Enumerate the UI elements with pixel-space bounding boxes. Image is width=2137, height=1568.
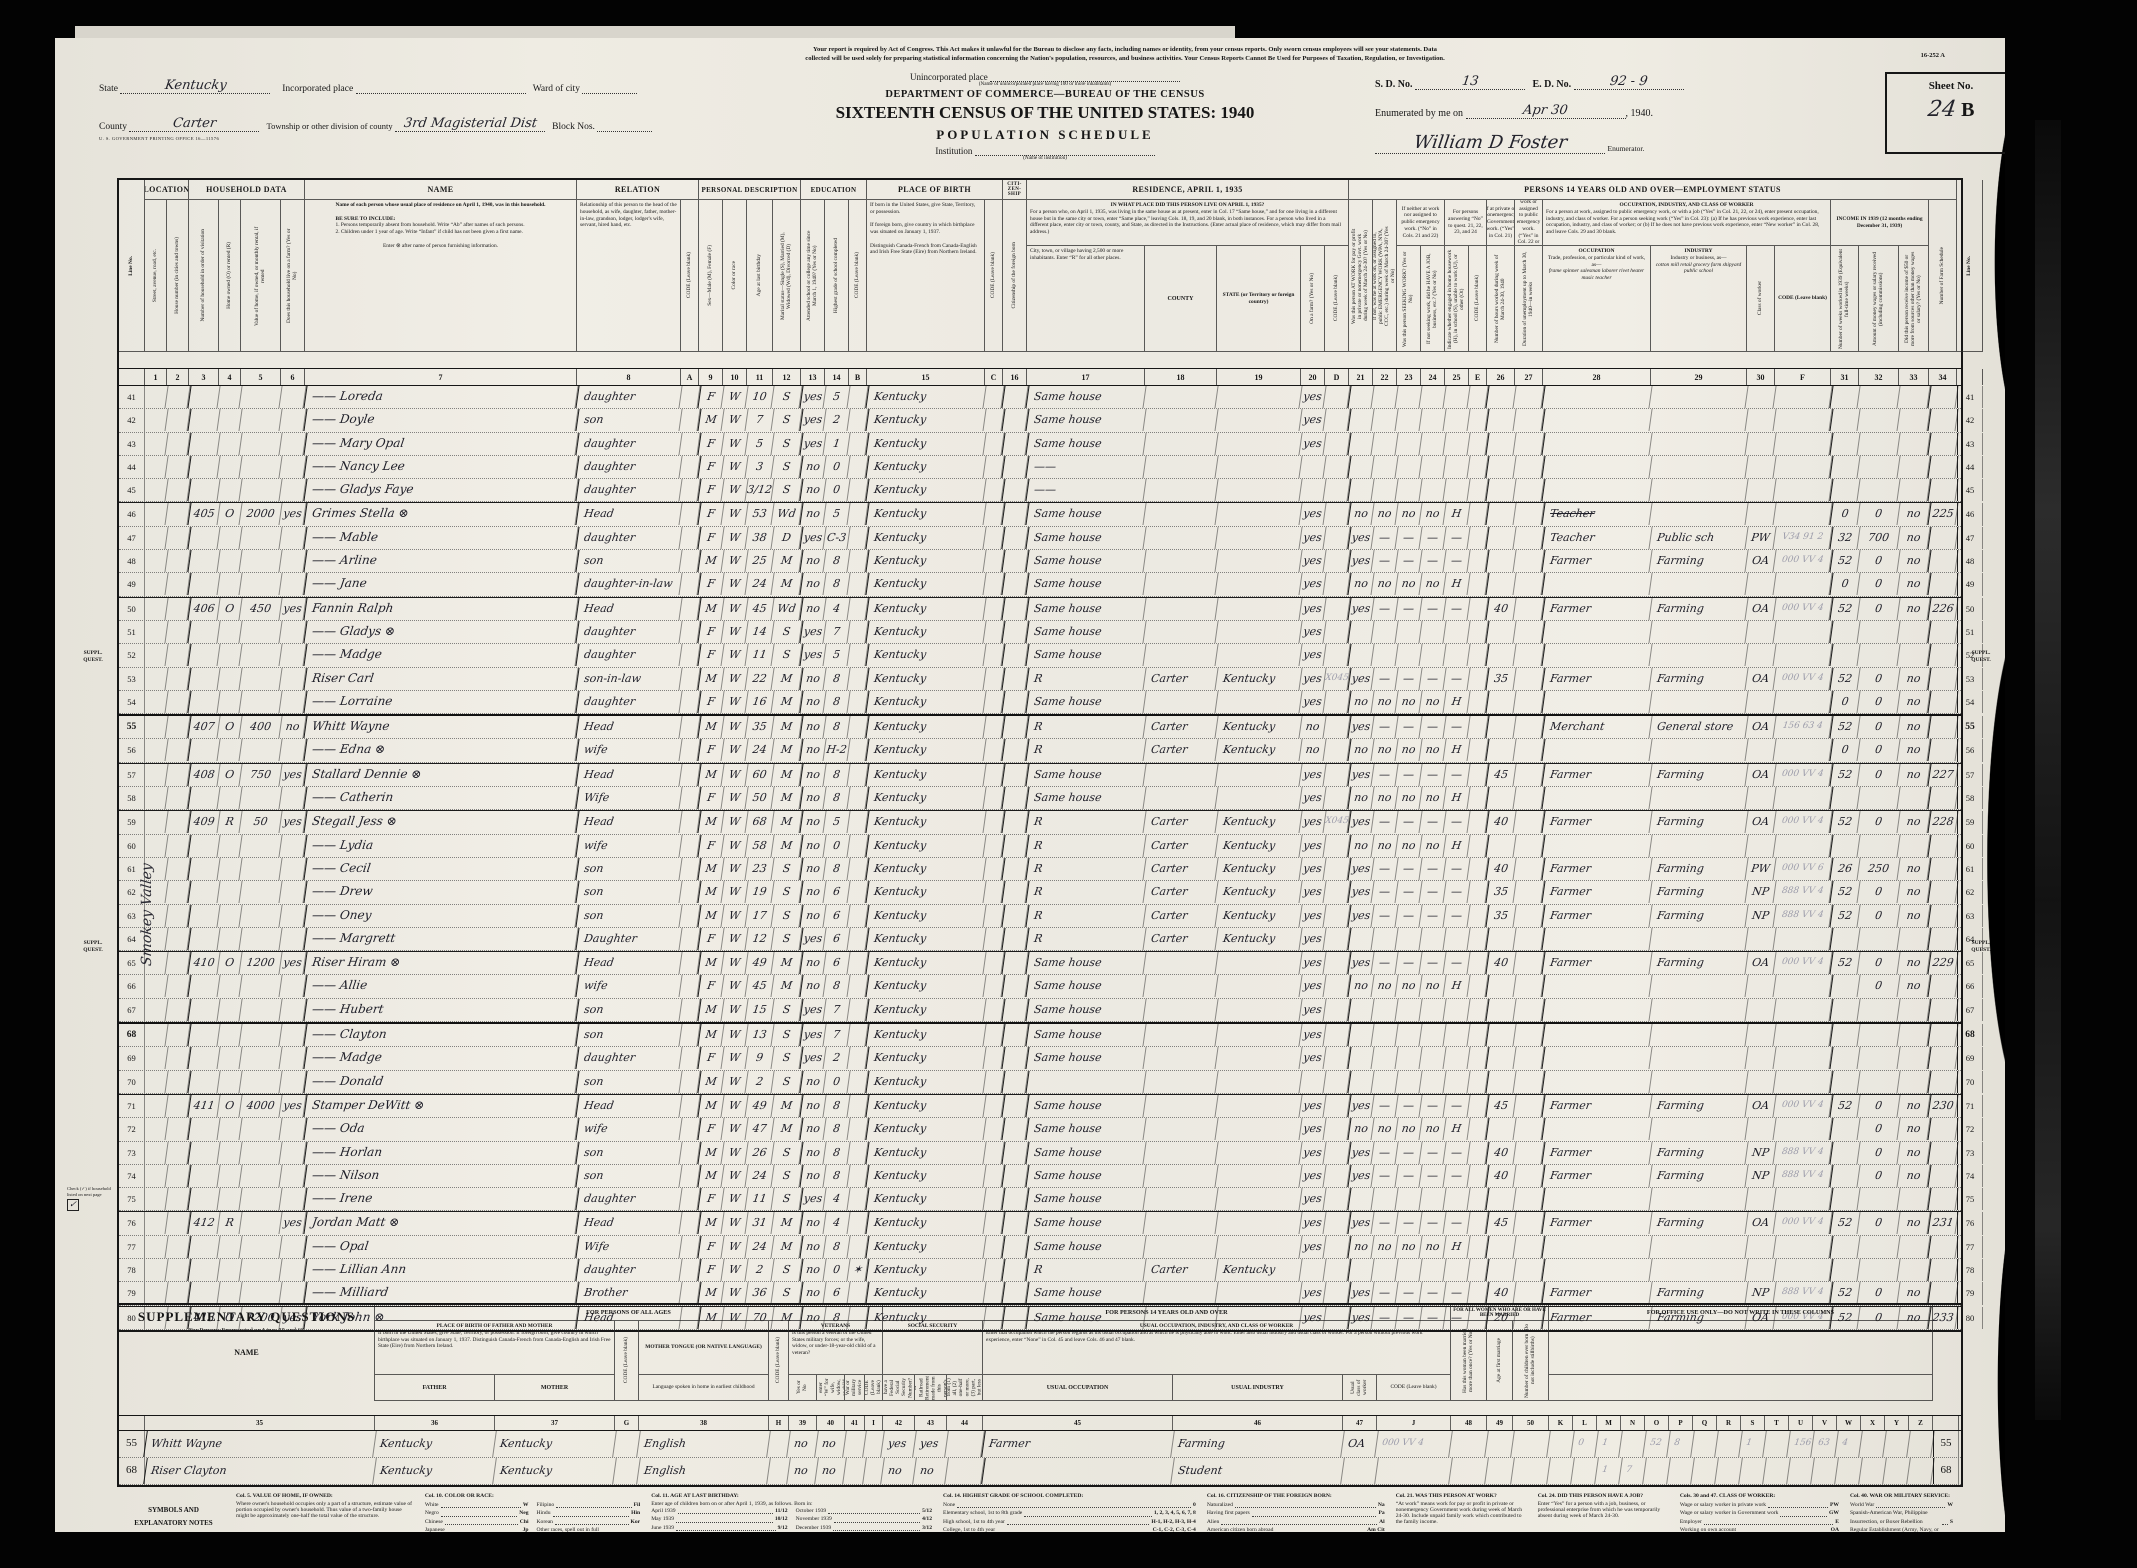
cell-cD (1323, 456, 1350, 478)
cell-e23 (1395, 644, 1422, 666)
cell-e25: — (1443, 1212, 1470, 1234)
cell-rel: wife (575, 975, 682, 997)
cell-val (239, 527, 282, 549)
cell-wks: 0 (1829, 573, 1860, 595)
supp-codeJ-header: CODE (Leave blank) (1387, 1382, 1439, 1393)
cell-sch: no (799, 881, 826, 903)
cell-ln: 77 (119, 1236, 145, 1258)
cell-e22 (1371, 1188, 1398, 1210)
cell-name: Whitt Wayne (303, 716, 578, 738)
cell-e22: — (1371, 716, 1398, 738)
group-education: EDUCATION (801, 180, 867, 200)
note-col3047: Cols. 30 and 47. CLASS OF WORKER: Wage o… (1675, 1490, 1845, 1532)
cell-wg (1857, 386, 1900, 408)
column-number: 22 (1373, 369, 1397, 385)
cell-st (1215, 573, 1302, 595)
cell-e22 (1371, 621, 1398, 643)
cell-ln: 79 (119, 1282, 145, 1304)
column-number: 1 (145, 369, 167, 385)
cell-name: —— Margrett (303, 928, 578, 950)
cell-hrs: 45 (1485, 1095, 1516, 1117)
note-item: Having first papersPa (1207, 1509, 1385, 1517)
cell-sex: M (697, 598, 724, 620)
cell-sex: F (697, 386, 724, 408)
title-block: Unincorporated place (Name of unincorpor… (745, 72, 1345, 161)
cell-c16 (1001, 1282, 1028, 1304)
cell-v (187, 433, 220, 455)
cell-sex: M (697, 1142, 724, 1164)
cell-r35: Same house (1025, 573, 1146, 595)
cell-ind (1649, 1236, 1748, 1258)
cell-name: —— Madge (303, 1047, 578, 1069)
cell-race: W (721, 1047, 748, 1069)
cell-o16 (1907, 1458, 1935, 1484)
cell-e24: — (1419, 1165, 1446, 1187)
cell-o (217, 999, 242, 1021)
cell-sch: no (799, 1142, 826, 1164)
cell-sex: F (697, 739, 724, 761)
cell-cls: NP (1745, 1142, 1776, 1164)
column-number: 14 (825, 369, 849, 385)
cell-e21 (1347, 479, 1374, 501)
cell-sex: M (697, 1282, 724, 1304)
cell-v (187, 1024, 220, 1046)
cell-hrs (1485, 1118, 1516, 1140)
cell-gr: 8 (823, 668, 850, 690)
cell-st (1215, 550, 1302, 572)
cell-hrs (1485, 999, 1516, 1021)
cell-ln2: 41 (1957, 386, 1983, 408)
cell-f6 (279, 1118, 306, 1140)
cell-e24: — (1419, 1142, 1446, 1164)
cell-occ: Farmer (1541, 598, 1652, 620)
cell-e24 (1419, 433, 1446, 455)
cell-age: 7 (745, 409, 774, 431)
cell-cls (1745, 456, 1776, 478)
cell-e21 (1347, 999, 1374, 1021)
supp-title-box: SUPPLEMENTARY QUESTIONS For Persons Enum… (119, 1305, 375, 1401)
cell-occ: Farmer (1541, 1212, 1652, 1234)
column-number: Y (1885, 1416, 1909, 1430)
cell-f35: yes (1299, 1282, 1326, 1304)
cell-oi (1897, 479, 1930, 501)
cell-mar: M (771, 573, 802, 595)
unincorporated-note: (Name of unincorporated place having 100… (745, 81, 1345, 87)
cell-mar: S (771, 928, 802, 950)
cell-val (239, 573, 282, 595)
symbols-box: SYMBOLS AND EXPLANATORY NOTES (117, 1490, 231, 1532)
cell-f6 (279, 787, 306, 809)
cell-e25: — (1443, 858, 1470, 880)
cell-cty (1143, 386, 1218, 408)
cell-wks: 0 (1829, 739, 1860, 761)
cell-ln2: 78 (1957, 1259, 1983, 1281)
col34-header: Number of Farm Schedule (1939, 245, 1945, 306)
cell-sch: no (799, 503, 826, 525)
cell-cD (1323, 527, 1350, 549)
cell-val (239, 691, 282, 713)
cell-rel: daughter (575, 527, 682, 549)
cell-e24: no (1419, 691, 1446, 713)
cell-cD (1323, 858, 1350, 880)
column-number: 21 (1349, 369, 1373, 385)
cell-c16 (1001, 668, 1028, 690)
cell-wks (1829, 1188, 1860, 1210)
cell-e22: no (1371, 1236, 1398, 1258)
cell-wg (1857, 1047, 1900, 1069)
cell-e21: yes (1347, 1142, 1374, 1164)
col24-header: If not seeking work, did he HAVE A JOB, … (1426, 247, 1438, 351)
cell-age: 3 (745, 456, 774, 478)
cell-oi (1897, 456, 1930, 478)
cell-e24 (1419, 386, 1446, 408)
cell-w49 (1485, 1458, 1515, 1484)
cell-v: 408 (187, 764, 220, 786)
cell-cls (1745, 739, 1776, 761)
cell-rel: daughter (575, 691, 682, 713)
cell-e25 (1443, 1047, 1470, 1069)
cell-c16 (1001, 764, 1028, 786)
cell-st (1215, 527, 1302, 549)
cell-wg: 0 (1857, 668, 1900, 690)
cell-race: W (721, 1212, 748, 1234)
census-sheet: Your report is required by Act of Congre… (55, 38, 2005, 1532)
cell-cD (1323, 928, 1350, 950)
cell-fs (1927, 1047, 1958, 1069)
cell-e23: — (1395, 1165, 1422, 1187)
cell-e23: — (1395, 1282, 1422, 1304)
cell-wks (1829, 1165, 1860, 1187)
column-number: G (615, 1416, 639, 1430)
cell-gr: 0 (823, 456, 850, 478)
explanatory-notes: SYMBOLS AND EXPLANATORY NOTES Col. 5. VA… (117, 1490, 1959, 1532)
cell-oi: no (1897, 716, 1930, 738)
cell-ind (1649, 621, 1748, 643)
cell-name: —— Allie (303, 975, 578, 997)
cell-v (187, 409, 220, 431)
cell-c16 (1001, 691, 1028, 713)
cell-ln2: 75 (1957, 1188, 1983, 1210)
cell-sch: no (799, 858, 826, 880)
cell-f6 (279, 1165, 306, 1187)
cell-ln2: 56 (1957, 739, 1983, 761)
cell-mar: M (771, 668, 802, 690)
note-item: Wage or salary worker in Government work… (1680, 1509, 1839, 1517)
cell-cf: 888 VV 4 (1773, 1282, 1832, 1304)
cell-cf: 888 VV 4 (1773, 1165, 1832, 1187)
cell-f6 (279, 1188, 306, 1210)
cell-e21: yes (1347, 598, 1374, 620)
cell-cD (1323, 999, 1350, 1021)
cell-age: 14 (745, 621, 774, 643)
cell-cty (1143, 975, 1218, 997)
cell-sex: F (697, 835, 724, 857)
cell-wg: 0 (1857, 905, 1900, 927)
cell-v (187, 975, 220, 997)
cell-e21: yes (1347, 550, 1374, 572)
cell-o (217, 1236, 242, 1258)
cell-r35: Same house (1025, 1282, 1146, 1304)
cell-s43: yes (913, 1431, 949, 1457)
cell-cls: NP (1745, 905, 1776, 927)
check-box: ✓ (67, 1199, 79, 1211)
cell-e24 (1419, 644, 1446, 666)
cell-name: —— Nilson (303, 1165, 578, 1187)
cell-fs: 225 (1927, 503, 1958, 525)
cell-e25: — (1443, 550, 1470, 572)
cell-name: Grimes Stella ⊗ (303, 503, 578, 525)
cell-ln: 73 (119, 1142, 145, 1164)
cell-e23: — (1395, 881, 1422, 903)
cell-name: —— Opal (303, 1236, 578, 1258)
income-header: INCOME IN 1939 (12 months ending Decembe… (1831, 214, 1928, 232)
cell-hrs: 40 (1485, 598, 1516, 620)
cell-pob: Kentucky (865, 386, 986, 408)
cell-age: 16 (745, 691, 774, 713)
cell-ind (1649, 691, 1748, 713)
column-number: 32 (1859, 369, 1899, 385)
cell-gr: 6 (823, 928, 850, 950)
cell-dur (1513, 787, 1544, 809)
cell-cD (1323, 881, 1350, 903)
cell-r35: Same house (1025, 503, 1146, 525)
cell-e23 (1395, 928, 1422, 950)
cell-gr: 8 (823, 1118, 850, 1140)
cell-cf (1773, 503, 1832, 525)
cell-val (239, 1142, 282, 1164)
cell-dur (1513, 999, 1544, 1021)
cell-sch: no (799, 598, 826, 620)
cell-occ (1541, 1188, 1652, 1210)
cell-cty (1143, 999, 1218, 1021)
cell-w50 (1511, 1458, 1551, 1484)
cell-cD (1323, 1024, 1350, 1046)
cell-w49 (1485, 1431, 1515, 1457)
cell-e22: — (1371, 811, 1398, 833)
cell-cD (1323, 479, 1350, 501)
cell-occ (1541, 409, 1652, 431)
cell-sex: M (697, 668, 724, 690)
table-row: 76412RyesJordan Matt ⊗HeadMW31Mno4Kentuc… (119, 1211, 1961, 1235)
cell-e25 (1443, 1071, 1470, 1093)
cell-e24: no (1419, 1118, 1446, 1140)
cell-mar: Wd (771, 503, 802, 525)
cell-cD (1323, 952, 1350, 974)
cell-ln2: 54 (1957, 691, 1983, 713)
cell-f35: yes (1299, 1236, 1326, 1258)
cell-wg (1857, 433, 1900, 455)
supp-name-label: NAME (119, 1348, 374, 1357)
cell-e21: yes (1347, 764, 1374, 786)
header-fields-left: State Kentucky Incorporated place Ward o… (99, 78, 759, 154)
cell-sex: F (697, 1259, 724, 1281)
cell-wg: 250 (1857, 858, 1900, 880)
cell-ind: Student (1171, 1458, 1345, 1484)
cell-sch: yes (799, 1024, 826, 1046)
cell-pob: Kentucky (865, 811, 986, 833)
cell-c16 (1001, 1165, 1028, 1187)
cell-pob: Kentucky (865, 999, 986, 1021)
cell-c2 (165, 764, 190, 786)
cell-race: W (721, 1165, 748, 1187)
cell-e25 (1443, 479, 1470, 501)
cell-sch: no (799, 905, 826, 927)
cell-wks: 26 (1829, 858, 1860, 880)
cell-e21 (1347, 386, 1374, 408)
cell-wks (1829, 456, 1860, 478)
column-number: W (1837, 1416, 1861, 1430)
note-item: WhiteW (425, 1501, 529, 1509)
cell-pob: Kentucky (865, 1047, 986, 1069)
cell-cf (1773, 573, 1832, 595)
cell-age: 2 (745, 1071, 774, 1093)
cell-f6 (279, 644, 306, 666)
cell-ind: Farming (1649, 1212, 1748, 1234)
cell-v: 409 (187, 811, 220, 833)
cell-c16 (1001, 479, 1028, 501)
table-row: 72—— OdawifeFW47Mno8KentuckySame houseye… (119, 1118, 1961, 1141)
cell-ln: 43 (119, 433, 145, 455)
col6-header: Does this household live on a farm? (Yes… (286, 224, 298, 328)
cell-rel: wife (575, 1118, 682, 1140)
cell-e24 (1419, 1188, 1446, 1210)
cell-cf (1773, 1024, 1832, 1046)
cell-gr: 5 (823, 503, 850, 525)
cell-fs (1927, 858, 1958, 880)
column-number: 40 (817, 1416, 845, 1430)
cell-hrs: 35 (1485, 668, 1516, 690)
cell-sch: no (799, 764, 826, 786)
cell-hrs: 40 (1485, 811, 1516, 833)
cell-age: 22 (745, 668, 774, 690)
cell-wks (1829, 975, 1860, 997)
cell-cf: 888 VV 4 (1773, 905, 1832, 927)
cell-wks: 0 (1829, 503, 1860, 525)
cell-e24 (1419, 409, 1446, 431)
note-col24: Col. 24. DID THIS PERSON HAVE A JOB? Ent… (1533, 1490, 1675, 1532)
cell-wks: 0 (1829, 691, 1860, 713)
cell-race: W (721, 716, 748, 738)
cell-c1 (143, 1165, 168, 1187)
cell-name: —— Gladys ⊗ (303, 621, 578, 643)
cell-ind (1649, 1024, 1748, 1046)
cell-sch: no (799, 1118, 826, 1140)
enumerated-label: Enumerated by me on (1375, 108, 1463, 119)
cell-name: —— Lydia (303, 835, 578, 857)
cell-mar: M (771, 691, 802, 713)
cell-gr: 8 (823, 550, 850, 572)
cell-age: 25 (745, 550, 774, 572)
note-item: KoreanKor (537, 1518, 641, 1526)
cell-c16 (1001, 409, 1028, 431)
cell-ind (1649, 928, 1748, 950)
column-number (119, 1416, 145, 1430)
col10-header: Color or race (731, 259, 737, 291)
cell-ln2: 51 (1957, 621, 1983, 643)
cell-cty (1143, 1118, 1218, 1140)
cell-occ: Farmer (1541, 1282, 1652, 1304)
cell-fs: 229 (1927, 952, 1958, 974)
cell-r35: Same house (1025, 598, 1146, 620)
cell-cf (1773, 456, 1832, 478)
cell-gr: 0 (823, 835, 850, 857)
state-row: State Kentucky Incorporated place Ward o… (99, 78, 759, 94)
cell-e23 (1395, 386, 1422, 408)
cell-v (187, 1071, 220, 1093)
cell-rel: daughter (575, 456, 682, 478)
cell-f6 (279, 621, 306, 643)
cell-val: 450 (239, 598, 282, 620)
cell-wg: 0 (1857, 691, 1900, 713)
cell-mar: M (771, 550, 802, 572)
cell-wg (1857, 1236, 1900, 1258)
cell-v (187, 1236, 220, 1258)
cell-hrs (1485, 739, 1516, 761)
cell-f6 (279, 1259, 306, 1281)
cell-st (1215, 644, 1302, 666)
cell-gr: 8 (823, 716, 850, 738)
cell-wg: 0 (1857, 716, 1900, 738)
cell-race: W (721, 691, 748, 713)
cell-f6 (279, 668, 306, 690)
cell-r35: Same house (1025, 1188, 1146, 1210)
cell-gr: 8 (823, 1142, 850, 1164)
scan-edge-sliver (75, 26, 1235, 38)
cell-fs (1927, 621, 1958, 643)
cell-c2 (165, 668, 190, 690)
cell-cty (1143, 1165, 1218, 1187)
cell-name: —— Lillian Ann (303, 1259, 578, 1281)
state-label: State (99, 84, 118, 94)
cell-J: 000 VV 4 (1375, 1431, 1453, 1457)
cell-f6: yes (279, 952, 306, 974)
cell-oi: no (1897, 905, 1930, 927)
note-col21: Col. 21. WAS THIS PERSON AT WORK? “At wo… (1391, 1490, 1533, 1532)
cell-e25: H (1443, 1236, 1470, 1258)
cell-f35: yes (1299, 573, 1326, 595)
cell-st (1215, 1282, 1302, 1304)
cell-f6: yes (279, 598, 306, 620)
column-number: 31 (1831, 369, 1859, 385)
cell-oi (1897, 928, 1930, 950)
cell-e21: no (1347, 739, 1374, 761)
cell-e24: — (1419, 1095, 1446, 1117)
cell-name: Stegall Jess ⊗ (303, 811, 578, 833)
cell-e23: — (1395, 858, 1422, 880)
cell-sch: no (799, 811, 826, 833)
cell-pob: Kentucky (865, 573, 986, 595)
cell-f35: yes (1299, 905, 1326, 927)
column-number: R (1717, 1416, 1741, 1430)
cell-sch: no (799, 1165, 826, 1187)
cell-dur (1513, 479, 1544, 501)
cell-c16 (1001, 835, 1028, 857)
cell-rel: son (575, 1165, 682, 1187)
cell-occ: Farmer (1541, 1095, 1652, 1117)
cell-cD (1323, 739, 1350, 761)
county-label: County (99, 122, 127, 132)
cell-ind: General store (1649, 716, 1748, 738)
note-item: NaturalizedNa (1207, 1501, 1385, 1509)
cell-name: —— Oda (303, 1118, 578, 1140)
cell-hrs: 40 (1485, 858, 1516, 880)
cell-v (187, 456, 220, 478)
cell-e25: — (1443, 716, 1470, 738)
col19-header: STATE (or Territory or foreign country) (1217, 290, 1300, 308)
note-item: October 19395/12 (796, 1507, 932, 1515)
supp-column-numbers: 353637G38H394041I424344454647J484950KLMN… (119, 1416, 1961, 1431)
cell-ind: Farming (1649, 905, 1748, 927)
